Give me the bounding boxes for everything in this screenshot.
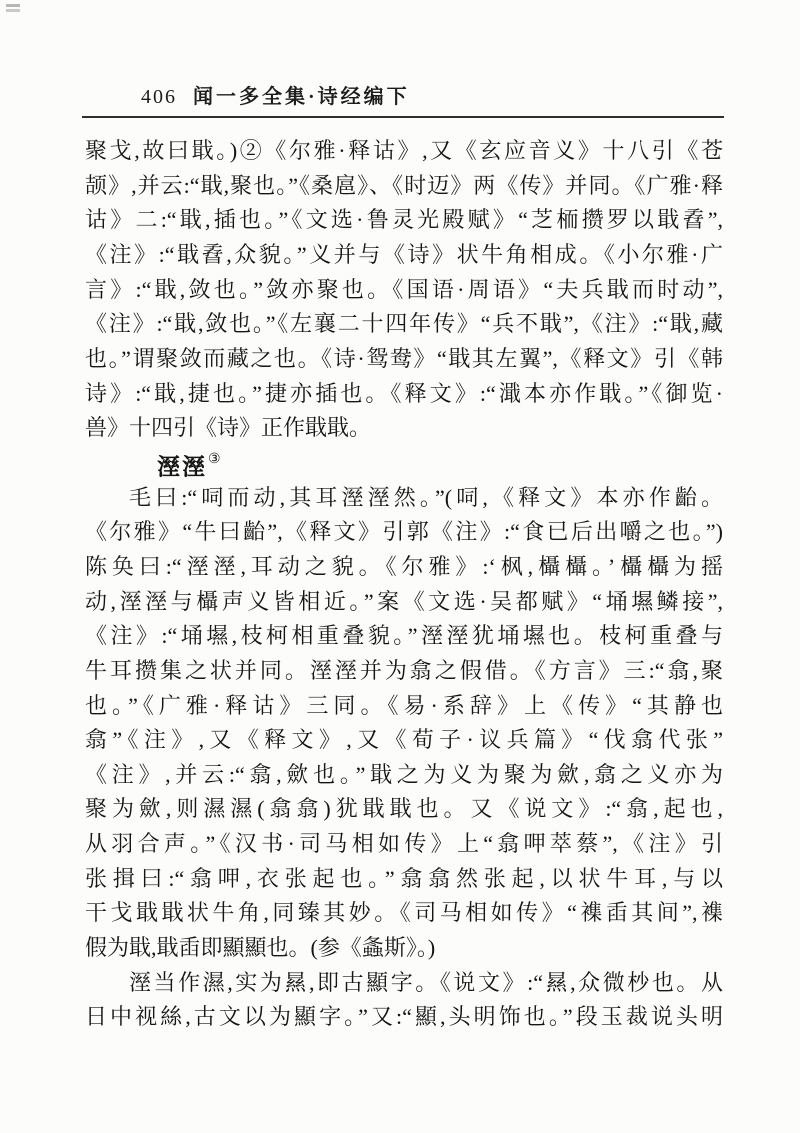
text-line: 兽》十四引《诗》正作戢戢。	[85, 411, 723, 446]
text-line: 颉》,并云:“戢,聚也。”《桑扈》、《时迈》两《传》并同。《广雅·释	[85, 169, 723, 204]
text-line: 溼当作濕,实为㬎,即古顯字。《说文》:“㬎,众微杪也。从	[85, 966, 723, 1001]
text-line: 《注》,并云:“翕,歛也。”戢之为义为聚为歛,翕之义亦为	[85, 758, 723, 793]
text-line: 《尔雅》“牛曰齝”,《释文》引郭《注》:“食已后出嚼之也。”)	[85, 515, 723, 550]
page-body: 聚戈,故曰戢。)②《尔雅·释诂》,又《玄应音义》十八引《苍 颉》,并云:“戢,聚…	[85, 134, 723, 1035]
text-line: 毛曰:“呞而动,其耳溼溼然。”(呞,《释文》本亦作齝。	[85, 481, 723, 516]
text-line: 动,溼溼与欇声义皆相近。”案《文选·吴都赋》“埇㙷鳞接”,	[85, 585, 723, 620]
text-line: 聚为歛,则濕濕(翕翕)犹戢戢也。又《说文》:“翕,起也,	[85, 792, 723, 827]
book-page: 406闻一多全集·诗经编下 聚戈,故曰戢。)②《尔雅·释诂》,又《玄应音义》十八…	[0, 0, 800, 1133]
text-line: 张揖曰:“翕呷,衣张起也。”翕翕然张起,以状牛耳,与以	[85, 862, 723, 897]
footnote-marker: ③	[208, 452, 221, 467]
entry-title: 溼溼	[157, 455, 207, 480]
text-line: 《注》:“戢孴,众貌。”义并与《诗》状牛角相成。《小尔雅·广	[85, 238, 723, 273]
text-line: 也。”谓聚敛而藏之也。《诗·鸳鸯》“戢其左翼”,《释文》引《韩	[85, 342, 723, 377]
text-line: 牛耳攒集之状并同。溼溼并为翕之假借。《方言》三:“翕,聚	[85, 654, 723, 689]
text-line: 日中视絲,古文以为顯字。”又:“顯,头明饰也。”段玉裁说头明	[85, 1000, 723, 1035]
text-line: 聚戈,故曰戢。)②《尔雅·释诂》,又《玄应音义》十八引《苍	[85, 134, 723, 169]
book-title: 闻一多全集·诗经编下	[193, 86, 410, 108]
text-line: 从羽合声。”《汉书·司马相如传》上“翕呷萃蔡”,《注》引	[85, 827, 723, 862]
text-line: 假为戢,戢臿即顯顯也。(参《螽斯》。)	[85, 931, 723, 966]
text-line: 诂》二:“戢,插也。”《文选·鲁灵光殿赋》“芝栭攒罗以戢孴”,	[85, 203, 723, 238]
text-line: 《注》:“戢,敛也。”《左襄二十四年传》“兵不戢”,《注》:“戢,藏	[85, 307, 723, 342]
text-line: 翕”《注》,又《释文》,又《荀子·议兵篇》“伐翕代张”	[85, 723, 723, 758]
text-line: 言》:“戢,敛也。”敛亦聚也。《国语·周语》“夫兵戢而时动”,	[85, 273, 723, 308]
text-line: 诗》:“戢,捷也。”捷亦插也。《释文》:“濈本亦作戢。”《御览·	[85, 377, 723, 412]
page-number: 406	[141, 86, 177, 108]
header-rule	[82, 116, 724, 118]
entry-heading: 溼溼③	[85, 446, 723, 481]
text-line: 《注》:“埇㙷,枝柯相重叠貌。”溼溼犹埇㙷也。枝柯重叠与	[85, 619, 723, 654]
scan-artifact	[6, 4, 20, 7]
text-line: 也。”《广雅·释诂》三同。《易·系辞》上《传》“其静也	[85, 689, 723, 724]
text-line: 干戈戢戢状牛角,同臻其妙。《司马相如传》“襍臿其间”,襍	[85, 896, 723, 931]
running-header: 406闻一多全集·诗经编下	[141, 80, 410, 109]
text-line: 陈奂曰:“溼溼,耳动之貌。《尔雅》:‘枫,欇欇。’欇欇为摇	[85, 550, 723, 585]
